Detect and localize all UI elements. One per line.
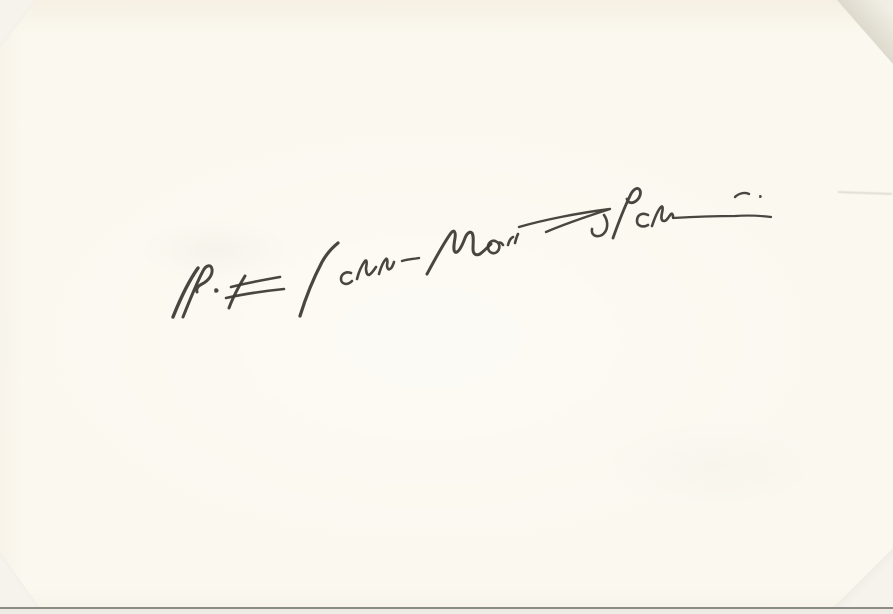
signature-stroke-e-loop (341, 272, 352, 284)
signature-stroke-t1-crossbar-top (231, 277, 280, 287)
handwritten-signature (0, 0, 893, 614)
signature-stroke-t2-bar-wedge (519, 209, 610, 232)
signature-stroke-o-loop (488, 241, 503, 253)
signature-stroke-ni-zigzag (652, 206, 673, 226)
signature-stroke-i2-stroke (379, 259, 394, 274)
signature-stroke-r-right-loop (183, 266, 212, 317)
signature-stroke-v-stroke (357, 260, 376, 279)
signature-stroke-hyphen (402, 258, 419, 261)
signature-stroke-levi-slash (300, 243, 338, 316)
signature-stroke-ii-dash (735, 193, 749, 197)
signature-stroke-l2-loop (613, 188, 640, 238)
signature-stroke-c-loop (637, 214, 648, 227)
signature-stroke-n-tick-1 (508, 237, 513, 245)
signature-stroke-flourish-line (673, 216, 771, 218)
signature-stroke-j-curl (592, 215, 607, 236)
signature-stroke-t1-stem (229, 276, 245, 308)
signature-stroke-i1-dot (216, 290, 217, 291)
signature-stroke-faint-dot (760, 196, 761, 197)
signature-stroke-n-tick-2 (515, 234, 518, 243)
scanned-card (0, 0, 893, 614)
signature-stroke-m-stroke (427, 231, 491, 274)
